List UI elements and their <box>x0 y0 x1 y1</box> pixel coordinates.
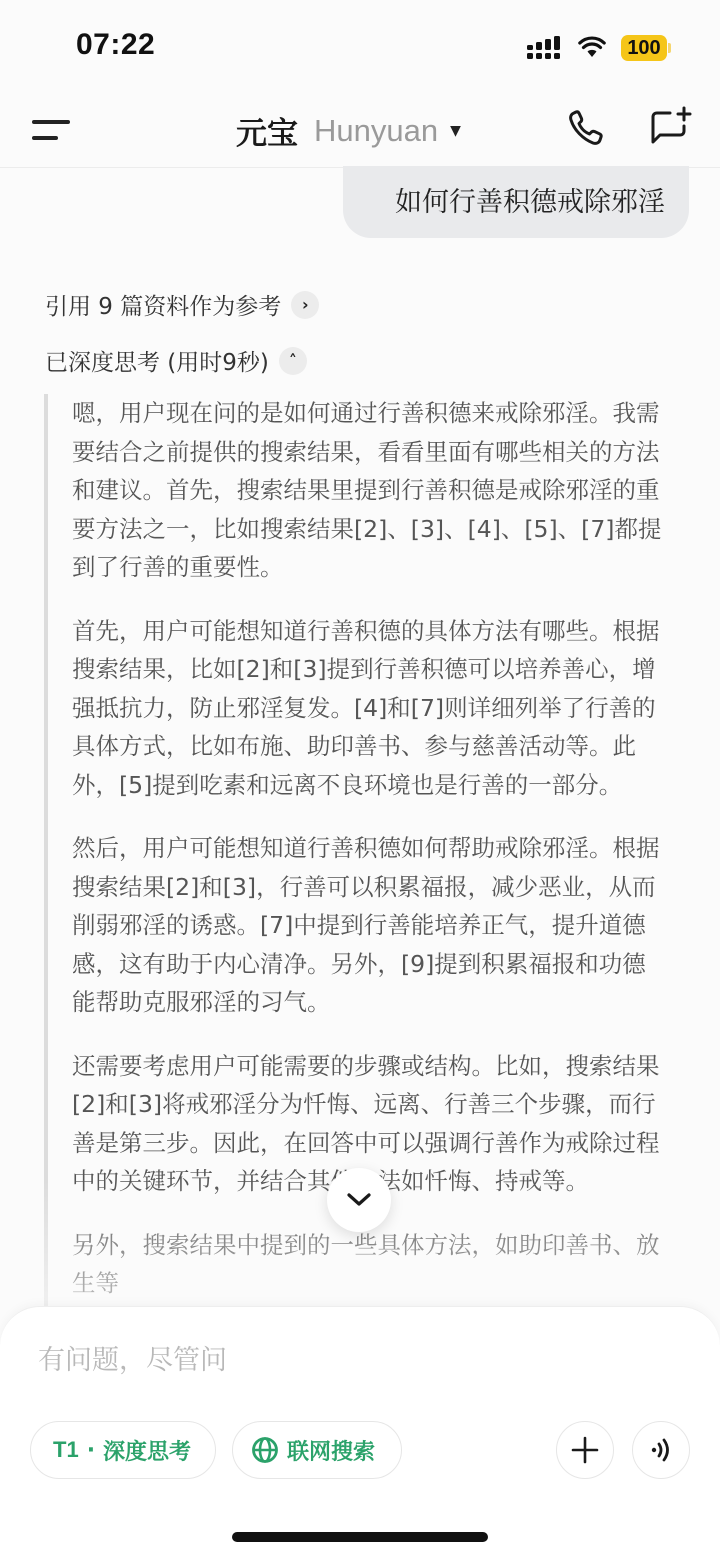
message-input[interactable] <box>38 1345 678 1376</box>
chevron-down-icon <box>346 1192 372 1208</box>
plus-icon <box>571 1436 599 1464</box>
user-message-bubble[interactable]: 如何行善积德戒除邪淫 <box>343 166 689 238</box>
model-name: Hunyuan <box>314 113 438 149</box>
home-indicator <box>232 1532 488 1542</box>
status-time: 07:22 <box>76 28 155 62</box>
caret-down-icon: ▼ <box>450 123 461 139</box>
voice-icon <box>649 1437 673 1463</box>
thinking-paragraph: 首先，用户可能想知道行善积德的具体方法有哪些。根据搜索结果，比如[2]和[3]提… <box>48 612 674 805</box>
thinking-label: 已深度思考 (用时9秒) <box>45 344 269 377</box>
deep-think-label: 深度思考 <box>103 1435 191 1466</box>
menu-icon[interactable] <box>32 112 72 146</box>
status-bar: 07:22 100 <box>0 0 720 90</box>
model-badge: T1 <box>53 1437 79 1463</box>
add-attachment-button[interactable] <box>556 1421 614 1479</box>
web-search-toggle[interactable]: 联网搜索 <box>232 1421 402 1479</box>
web-search-label: 联网搜索 <box>287 1435 375 1466</box>
battery-tip <box>668 43 671 53</box>
thinking-paragraph: 然后，用户可能想知道行善积德如何帮助戒除邪淫。根据搜索结果[2]和[3]，行善可… <box>48 829 674 1022</box>
thinking-toggle[interactable]: 已深度思考 (用时9秒) ˄ <box>45 344 307 377</box>
chip-separator: · <box>87 1438 95 1463</box>
references-label: 引用 9 篇资料作为参考 <box>45 288 281 321</box>
model-selector[interactable]: 元宝 Hunyuan ▼ <box>236 108 461 153</box>
thinking-paragraph: 嗯，用户现在问的是如何通过行善积德来戒除邪淫。我需要结合之前提供的搜索结果，看看… <box>48 394 674 587</box>
wifi-icon <box>578 36 606 58</box>
chevron-right-icon: › <box>291 291 319 319</box>
voice-input-button[interactable] <box>632 1421 690 1479</box>
scroll-to-bottom-button[interactable] <box>327 1168 391 1232</box>
chevron-up-icon: ˄ <box>279 347 307 375</box>
nav-bar: 元宝 Hunyuan ▼ <box>0 90 720 168</box>
deep-think-toggle[interactable]: T1 · 深度思考 <box>30 1421 216 1479</box>
app-title: 元宝 <box>236 108 298 153</box>
thinking-paragraph: 另外，搜索结果中提到的一些具体方法，如助印善书、放生等 <box>48 1226 674 1303</box>
user-message-text: 如何行善积德戒除邪淫 <box>395 187 665 218</box>
new-chat-icon[interactable] <box>648 104 692 148</box>
battery-indicator: 100 <box>621 35 667 61</box>
globe-icon <box>251 1436 279 1464</box>
references-toggle[interactable]: 引用 9 篇资料作为参考 › <box>45 288 319 321</box>
composer: T1 · 深度思考 联网搜索 <box>0 1306 720 1558</box>
phone-icon[interactable] <box>566 108 606 148</box>
cellular-signal-icon <box>527 36 563 60</box>
